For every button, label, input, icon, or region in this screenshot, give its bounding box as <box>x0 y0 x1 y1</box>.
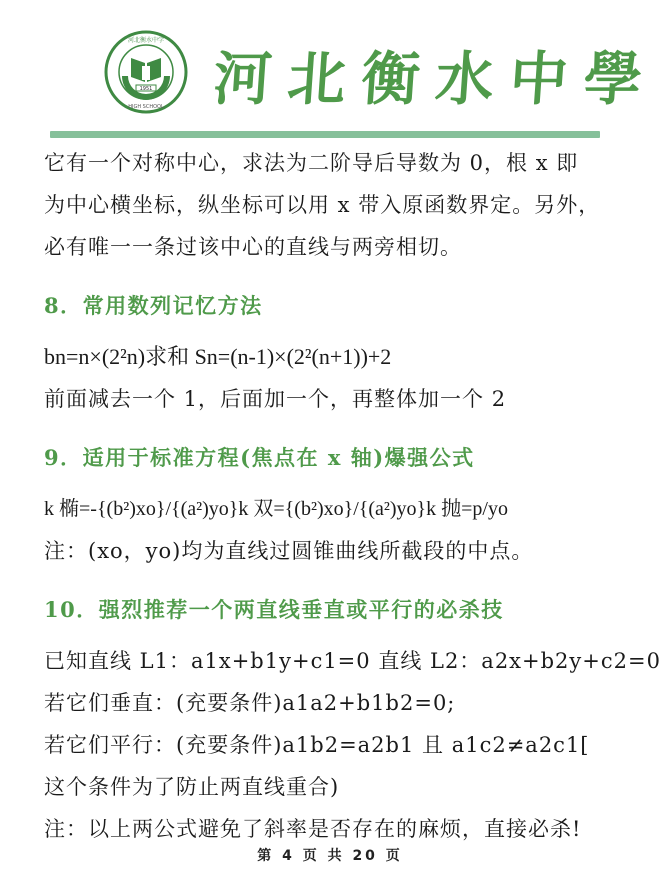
body-line: 前面减去一个 1，后面加一个，再整体加一个 2 <box>44 378 634 420</box>
formula-line: bn=n×(2²n)求和 Sn=(n-1)×(2²(n+1))+2 <box>44 336 634 378</box>
svg-text:河北衡水中学: 河北衡水中学 <box>128 36 164 44</box>
formula-line: k 椭=-{(b²)xo}/{(a²)yo}k 双={(b²)xo}/{(a²)… <box>44 488 634 530</box>
section-heading-9: 9．适用于标准方程(焦点在 x 轴)爆强公式 <box>44 438 634 478</box>
page-header: 1951 河北衡水中学 HIGH SCHOOL 河 北 衡 水 中 學 <box>0 0 660 145</box>
body-line: 若它们垂直：(充要条件)a1a2+b1b2=0; <box>44 682 634 724</box>
svg-text:1951: 1951 <box>140 86 153 92</box>
school-name-char: 河 <box>211 32 277 116</box>
intro-line: 为中心横坐标，纵坐标可以用 x 带入原函数界定。另外， <box>44 184 634 226</box>
note-line: 注：(xo，yo)均为直线过圆锥曲线所截段的中点。 <box>44 530 634 572</box>
school-name-char: 學 <box>581 32 647 116</box>
body-line: 这个条件为了防止两直线重合) <box>44 766 634 808</box>
page-number: 第 4 页 共 20 页 <box>0 845 660 865</box>
section-heading-10: 10．强烈推荐一个两直线垂直或平行的必杀技 <box>44 590 634 630</box>
school-name-char: 北 <box>285 32 351 116</box>
school-logo-icon: 1951 河北衡水中学 HIGH SCHOOL <box>104 30 188 114</box>
school-name-char: 水 <box>433 32 499 116</box>
school-name-char: 衡 <box>359 32 425 116</box>
school-name: 河 北 衡 水 中 學 <box>211 34 647 114</box>
document-body: 它有一个对称中心，求法为二阶导后导数为 0，根 x 即 为中心横坐标，纵坐标可以… <box>44 142 634 850</box>
body-line: 已知直线 L1：a1x+b1y+c1=0 直线 L2：a2x+b2y+c2=0 <box>44 640 634 682</box>
body-line: 若它们平行：(充要条件)a1b2=a2b1 且 a1c2≠a2c1[ <box>44 724 634 766</box>
intro-line: 必有唯一一条过该中心的直线与两旁相切。 <box>44 226 634 268</box>
intro-line: 它有一个对称中心，求法为二阶导后导数为 0，根 x 即 <box>44 142 634 184</box>
school-name-char: 中 <box>507 32 573 116</box>
header-divider <box>50 131 600 138</box>
svg-text:HIGH SCHOOL: HIGH SCHOOL <box>128 104 164 110</box>
section-heading-8: 8．常用数列记忆方法 <box>44 286 634 326</box>
note-line: 注：以上两公式避免了斜率是否存在的麻烦，直接必杀! <box>44 808 634 850</box>
